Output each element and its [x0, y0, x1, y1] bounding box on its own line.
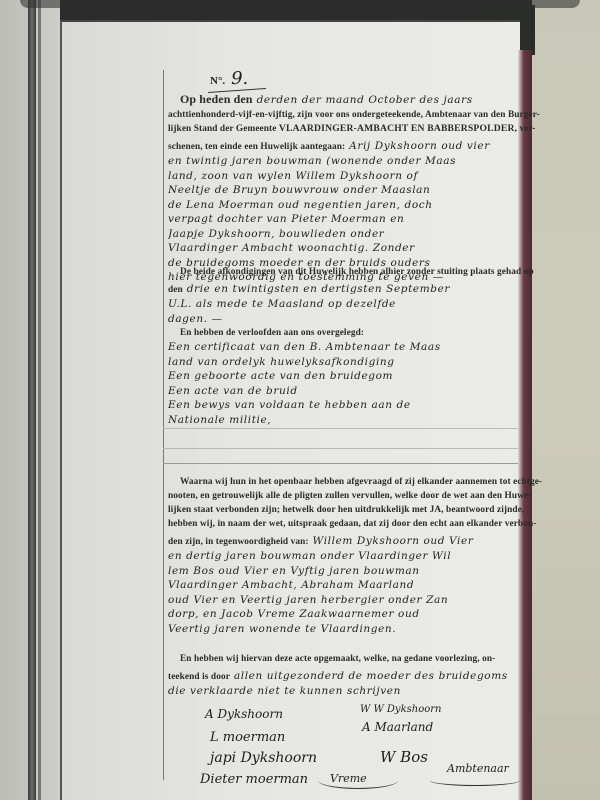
handwritten-line: land van ordelyk huwelyksafkondiging [168, 355, 516, 370]
announcements-line-2: den drie en twintigsten en dertigsten Se… [168, 279, 516, 297]
handwritten-text: allen uitgezonderd de moeder des bruideg… [230, 670, 508, 682]
handwritten-text: Arij Dykshoorn oud vier [345, 140, 490, 152]
page-binding-edge [518, 50, 532, 800]
handwritten-line: en twintig jaren bouwman (wonende onder … [168, 154, 516, 169]
book-spine-edge [38, 0, 41, 800]
number-label: N°. [210, 75, 225, 87]
handwritten-line: verpagt dochter van Pieter Moerman en [168, 212, 516, 227]
witness-line: den zijn, in tegenwoordigheid van: Wille… [168, 531, 516, 549]
municipality-name: VLAARDINGER-AMBACHT EN BABBERSPOLDER [279, 123, 515, 134]
handwritten-line: de Lena Moerman oud negentien jaren, doc… [168, 198, 516, 213]
handwritten-text: derden der maand October des jaars [257, 94, 473, 106]
handwritten-line: Veertig jaren wonende te Vlaardingen. [168, 622, 516, 637]
signature: W W Dykshoorn [360, 704, 441, 715]
binding-top [60, 0, 532, 20]
printed-text: Op heden den [168, 92, 253, 106]
number-value: 9. [231, 68, 248, 89]
intro-line-4: schenen, ten einde een Huwelijk aantegaa… [168, 136, 516, 154]
handwritten-line: Nationale militie, [168, 413, 516, 428]
closing-line-2: teekend is door allen uitgezonderd de mo… [168, 666, 516, 684]
ceremony-section: Waarna wij hun in het openbaar hebben af… [168, 475, 516, 636]
signature: A Maarland [362, 720, 433, 734]
documents-heading: En hebben de verloofden aan ons overgele… [168, 326, 516, 340]
signature: Dieter moerman [200, 772, 308, 787]
signature: W Bos [380, 748, 428, 766]
ceremony-line: hebben wij, in naam der wet, uitspraak g… [168, 517, 516, 531]
announcements-section: De beide afkondigingen van dit Huwelijk … [168, 265, 516, 326]
ceremony-line: Waarna wij hun in het openbaar hebben af… [168, 475, 516, 489]
signature: japi Dykshoorn [210, 750, 317, 766]
background-right [532, 0, 600, 800]
handwritten-line: Neeltje de Bruyn bouwvrouw onder Maaslan [168, 183, 516, 198]
record-number: N°.9. [210, 68, 248, 89]
ceremony-line: lijken staat verbonden zijn; hetwelk doo… [168, 503, 516, 517]
intro-section: Op heden den derden der maand October de… [168, 90, 516, 285]
ceremony-line: nooten, en getrouwelijk alle de pligten … [168, 489, 516, 503]
section-divider [163, 463, 518, 464]
handwritten-line: Een acte van de bruid [168, 384, 516, 399]
handwritten-line: U.L. als mede te Maasland op dezelfde [168, 297, 516, 312]
signature-flourish [318, 772, 398, 789]
closing-line-1: En hebben wij hiervan deze acte opgemaak… [168, 652, 516, 666]
handwritten-line: Een certificaat van den B. Ambtenaar te … [168, 340, 516, 355]
handwritten-line: die verklaarde niet te kunnen schrijven [168, 684, 516, 699]
rule-line [163, 448, 518, 449]
signature: L moerman [210, 730, 285, 745]
handwritten-line: Een bewys van voldaan te hebben aan de [168, 398, 516, 413]
printed-text: den [168, 285, 183, 295]
announcements-line-1: De beide afkondigingen van dit Huwelijk … [168, 265, 516, 279]
handwritten-line: oud Vier en Veertig jaren herbergier ond… [168, 593, 516, 608]
handwritten-line: land, zoon van wylen Willem Dykshoorn of [168, 169, 516, 184]
handwritten-line: dagen. — [168, 312, 516, 327]
printed-text: schenen, ten einde een Huwelijk aantegaa… [168, 142, 345, 152]
handwritten-line: Jaapje Dykshoorn, bouwlieden onder [168, 227, 516, 242]
handwritten-line: Een geboorte acte van den bruidegom [168, 369, 516, 384]
handwritten-line: lem Bos oud Vier en Vyftig jaren bouwman [168, 564, 516, 579]
handwritten-line: en dertig jaren bouwman onder Vlaardinge… [168, 549, 516, 564]
printed-text: lijken Stand der Gemeente [168, 124, 279, 134]
handwritten-text: Willem Dykshoorn oud Vier [309, 535, 474, 547]
closing-section: En hebben wij hiervan deze acte opgemaak… [168, 652, 516, 699]
printed-text: den zijn, in tegenwoordigheid van: [168, 537, 309, 547]
signature-flourish [430, 775, 520, 786]
handwritten-line: Vlaardinger Ambacht, Abraham Maarland [168, 578, 516, 593]
handwritten-text: drie en twintigsten en dertigsten Septem… [187, 283, 450, 295]
intro-line-3: lijken Stand der Gemeente VLAARDINGER-AM… [168, 122, 516, 136]
signature: A Dykshoorn [205, 707, 283, 721]
intro-line-2: achttienhonderd-vijf-en-vijftig, zijn vo… [168, 108, 516, 122]
margin-line [163, 70, 164, 780]
rule-line [163, 428, 518, 429]
intro-line-1: Op heden den derden der maand October de… [168, 90, 516, 108]
handwritten-line: Vlaardinger Ambacht woonachtig. Zonder [168, 241, 516, 256]
signature: Ambtenaar [447, 762, 509, 775]
handwritten-line: dorp, en Jacob Vreme Zaakwaarnemer oud [168, 607, 516, 622]
book-spine [28, 0, 36, 800]
documents-section: En hebben de verloofden aan ons overgele… [168, 326, 516, 427]
printed-text: , ver- [515, 124, 536, 134]
printed-text: teekend is door [168, 672, 230, 682]
